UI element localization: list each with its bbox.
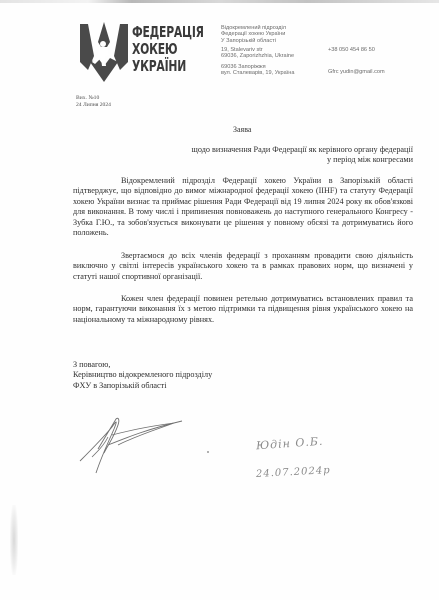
document-subject: щодо визначення Ради Федерації як керівн… — [113, 145, 413, 165]
handwritten-name: Юдін О.Б. — [256, 435, 324, 453]
scan-edge-artifact — [0, 0, 439, 3]
organization-name: Відокремлений підрозділ Федерації хокею … — [221, 25, 286, 44]
document-title: Заява — [233, 125, 251, 134]
body-paragraph-1: Відокремлений підрозділ Федерації хокею … — [73, 176, 413, 238]
body-paragraph-3: Кожен член федерації повинен ретельно до… — [73, 294, 413, 325]
reference-date: 24 Липня 2024 — [76, 102, 111, 109]
handwritten-date: 24.07.2024р — [256, 465, 331, 480]
phone-number: +38 050 454 86 50 — [328, 47, 375, 53]
logo-line-1: ФЕДЕРАЦІЯ — [132, 24, 204, 41]
address-ukrainian: 69036 Запоріжжя вул. Сталеварів, 19, Укр… — [221, 64, 294, 77]
logo-wordmark: ФЕДЕРАЦІЯ ХОКЕЮ УКРАЇНИ — [132, 24, 204, 75]
org-line-3: У Запорізькій області — [221, 38, 286, 44]
logo-line-3: УКРАЇНИ — [132, 58, 204, 75]
body-paragraph-2: Звертаємося до всіх членів федерації з п… — [73, 251, 413, 282]
address-english: 19, Stalevariv str 69036, Zaporizhzhia, … — [221, 47, 294, 60]
closing-signatory-line-1: Керівництво відокремленого підрозділу — [73, 370, 212, 380]
closing-signatory-line-2: ФХУ в Запорізькій області — [73, 381, 212, 391]
closing-block: З повагою, Керівництво відокремленого пі… — [73, 360, 212, 391]
logo-line-2: ХОКЕЮ — [132, 41, 204, 58]
outgoing-reference: Вих. №10 24 Липня 2024 — [76, 95, 111, 108]
handwritten-signature-icon — [78, 415, 186, 475]
address-ua-line-2: вул. Сталеварів, 19, Україна — [221, 70, 294, 76]
org-line-2: Федерації хокею України — [221, 31, 286, 37]
reference-number: Вих. №10 — [76, 95, 111, 102]
federation-logo: ФЕДЕРАЦІЯ ХОКЕЮ УКРАЇНИ — [80, 22, 190, 82]
closing-greeting: З повагою, — [73, 360, 212, 370]
scan-smudge-artifact — [10, 505, 18, 575]
hockey-player-trident-icon — [80, 22, 128, 82]
subject-line-2: у період між конгресами — [113, 155, 413, 165]
scanned-letter-page: ФЕДЕРАЦІЯ ХОКЕЮ УКРАЇНИ Відокремлений пі… — [0, 0, 439, 600]
email-address: Gfrc yudin@gmail.com — [328, 69, 385, 75]
ink-dot — [207, 451, 209, 453]
subject-line-1: щодо визначення Ради Федерації як керівн… — [113, 145, 413, 155]
address-en-line-2: 69036, Zaporizhzhia, Ukraine — [221, 53, 294, 59]
